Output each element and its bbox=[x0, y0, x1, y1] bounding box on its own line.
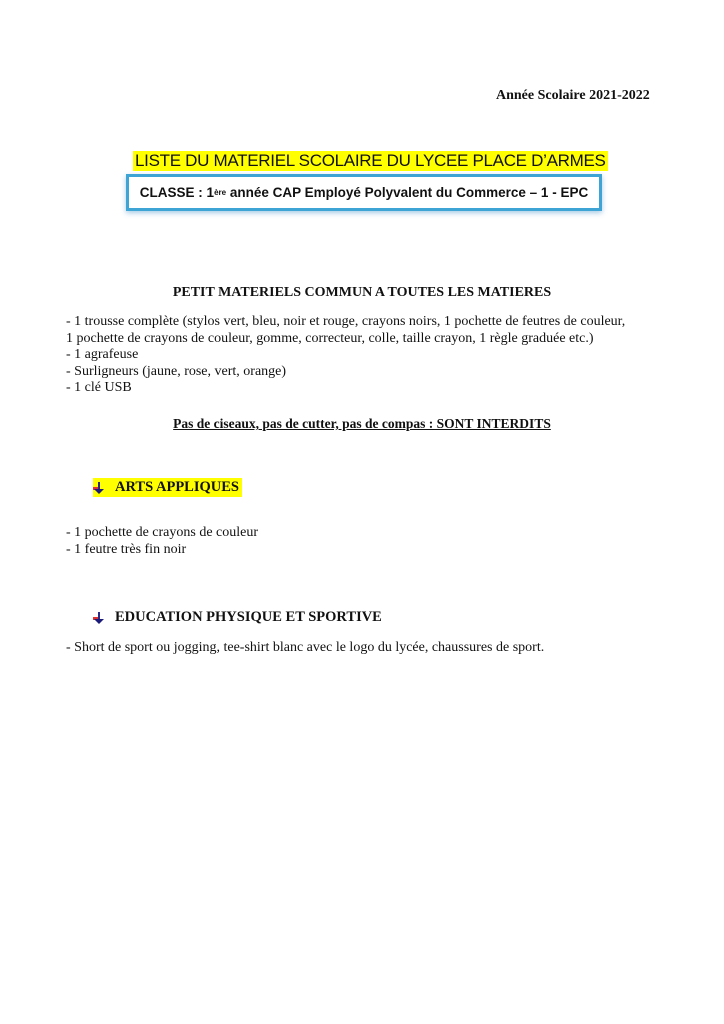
list-item: - Short de sport ou jogging, tee-shirt b… bbox=[66, 640, 544, 657]
common-materials-heading: PETIT MATERIELS COMMUN A TOUTES LES MATI… bbox=[0, 285, 724, 301]
section-title: ARTS APPLIQUES bbox=[115, 479, 239, 496]
arrow-down-icon bbox=[93, 481, 105, 495]
list-item: 1 pochette de crayons de couleur, gomme,… bbox=[66, 331, 625, 348]
class-label-prefix: CLASSE : 1 bbox=[140, 185, 214, 200]
section-heading-eps: EDUCATION PHYSIQUE ET SPORTIVE bbox=[93, 609, 382, 626]
section-title: EDUCATION PHYSIQUE ET SPORTIVE bbox=[115, 609, 382, 626]
list-item: - Surligneurs (jaune, rose, vert, orange… bbox=[66, 364, 625, 381]
class-label-sup: ère bbox=[214, 188, 226, 197]
section-heading-arts: ARTS APPLIQUES bbox=[93, 478, 242, 497]
list-item: - 1 clé USB bbox=[66, 380, 625, 397]
list-item: - 1 feutre très fin noir bbox=[66, 542, 258, 559]
class-box: CLASSE : 1ère année CAP Employé Polyvale… bbox=[126, 174, 602, 211]
arrow-down-icon bbox=[93, 611, 105, 625]
common-materials-list: - 1 trousse complète (stylos vert, bleu,… bbox=[66, 314, 625, 397]
list-item: - 1 trousse complète (stylos vert, bleu,… bbox=[66, 314, 625, 331]
school-year: Année Scolaire 2021-2022 bbox=[496, 88, 650, 104]
document-title: LISTE DU MATERIEL SCOLAIRE DU LYCEE PLAC… bbox=[133, 151, 608, 171]
arts-materials-list: - 1 pochette de crayons de couleur - 1 f… bbox=[66, 525, 258, 558]
class-label-suffix: année CAP Employé Polyvalent du Commerce… bbox=[226, 185, 588, 200]
forbidden-items-warning: Pas de ciseaux, pas de cutter, pas de co… bbox=[0, 416, 724, 432]
list-item: - 1 pochette de crayons de couleur bbox=[66, 525, 258, 542]
list-item: - 1 agrafeuse bbox=[66, 347, 625, 364]
eps-materials-list: - Short de sport ou jogging, tee-shirt b… bbox=[66, 640, 544, 657]
